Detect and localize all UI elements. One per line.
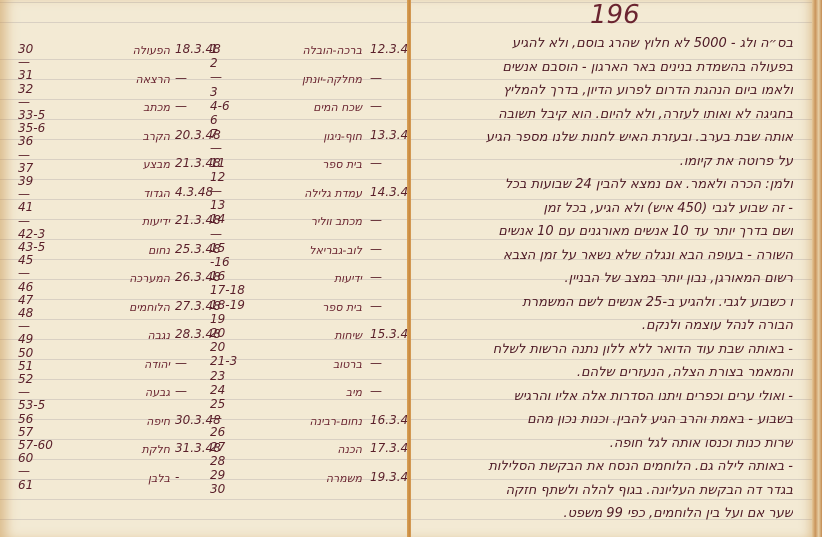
section-date: — [370, 71, 382, 85]
handwritten-line: - ואולי ערים וכפרים ויתנו הסדרות אלה אלי… [415, 389, 793, 404]
entry-number: 24 [210, 383, 225, 397]
index-entry-right: הכנה [337, 443, 362, 456]
entry-date: 21.3.48 [175, 213, 221, 227]
index-number: 52 [18, 372, 33, 386]
index-number: — [18, 464, 30, 478]
page-number: 196 [590, 0, 640, 30]
section-date: — [370, 242, 382, 256]
handwritten-line: אותה שבת בערב. ובעזרת האיש לחנות שלנו מס… [415, 130, 793, 145]
index-entry-right: מיב [346, 386, 362, 399]
handwritten-line: - זה שבוע לגבי (450 איש) ולא הגיע, בכל ז… [415, 201, 793, 216]
section-date: — [370, 99, 382, 113]
entry-number: 23 [210, 369, 225, 383]
index-number: 51 [18, 359, 33, 373]
entry-date: 20.3.48 [175, 128, 221, 142]
handwritten-line: השורה - בעופה הבא ונגלה שלא נשאר על זמן … [415, 248, 793, 263]
index-entry-right: שכח המים [313, 101, 362, 114]
index-entry-right: ברטוב [333, 358, 362, 371]
entry-number: 20 [210, 340, 225, 354]
handwritten-line: - באותה שבת עוד הדואר ללא ללון נתנה הרשו… [415, 342, 793, 357]
handwritten-line: בגדר דה הבקשת העליונה. בגוף להלה ולשתף ח… [415, 483, 793, 498]
index-entry-right: חוף-ניגון [323, 130, 362, 143]
entry-date: — [175, 99, 187, 113]
index-entry-right: מכתב ווליר [311, 215, 362, 228]
index-entry-left: בלבן [148, 472, 170, 485]
index-number: — [18, 187, 30, 201]
index-number: — [18, 148, 30, 162]
entry-number: 17-18 [210, 283, 245, 297]
entry-number: 30 [210, 482, 225, 496]
handwritten-line: והמאמר בצורת הצלה, הנעזרים שלהם. [415, 365, 793, 380]
entry-number: — [210, 70, 222, 84]
entry-number: 12 [210, 170, 225, 184]
section-date: — [370, 299, 382, 313]
section-date: — [370, 356, 382, 370]
entry-number: 21-3 [210, 354, 237, 368]
handwritten-line: - באותה לילה גם. הלוחמים הנסח את הבקשת ה… [415, 459, 793, 474]
left-notebook-page: 30—3132—33-535-636—3739—41—42-343-545—46… [0, 0, 408, 537]
index-entry-right: משמרה [326, 472, 362, 485]
handwritten-line: שער אם ועל בין הלוחמים, כפי 99 משפט. [415, 506, 793, 521]
handwritten-line: ולמן: הכרה ולאמר. אם נמצא להבין 24 שבועו… [415, 177, 793, 192]
entry-number: 26 [210, 425, 225, 439]
index-entry-left: מבצע [143, 158, 170, 171]
index-entry-left: חלקת [142, 443, 170, 456]
index-entry-left: חיפה [146, 415, 170, 428]
index-number: 50 [18, 346, 33, 360]
index-entry-right: עמדת גלילה [304, 187, 362, 200]
handwritten-line: ו כשבוע לגבי. ולהגיע ב-25 אנשים לשם המשמ… [415, 295, 793, 310]
handwritten-line: הבורה לנהל עוצמה ולנקם. [415, 318, 793, 333]
index-entry-left: הרצאה [136, 73, 170, 86]
index-number: — [18, 385, 30, 399]
handwritten-line: שרות כנות וכנסו אותה לגל חופה. [415, 436, 793, 451]
index-number: 57-60 [18, 438, 53, 452]
entry-date: 31.3.48 [175, 441, 221, 455]
entry-number: 19 [210, 312, 225, 326]
index-number: 46 [18, 280, 33, 294]
entry-date: 21.3.48 [175, 156, 221, 170]
handwritten-line: על פרוטה את קיומו. [415, 154, 793, 169]
index-number: 47 [18, 293, 33, 307]
index-number: — [18, 214, 30, 228]
index-number: 43-5 [18, 240, 45, 254]
index-entry-left: הגדוד [143, 187, 170, 200]
index-number: 39 [18, 174, 33, 188]
entry-number: 28 [210, 454, 225, 468]
index-number: 33-5 [18, 108, 45, 122]
index-entry-right: נחום-רבינה [310, 415, 362, 428]
index-entry-left: הקרב [142, 130, 170, 143]
index-number: 60 [18, 451, 33, 465]
handwritten-line: רשום המאורגן, נבון יותר במצב של הבניין. [415, 271, 793, 286]
entry-date: 25.3.48 [175, 242, 221, 256]
entry-number: — [210, 227, 222, 241]
entry-number: 4-6 [210, 99, 230, 113]
index-entry-left: הלוחמים [129, 301, 170, 314]
index-entry-left: המערכה [129, 272, 170, 285]
index-entry-left: נגבה [148, 329, 170, 342]
section-date: — [370, 384, 382, 398]
index-number: 37 [18, 161, 33, 175]
entry-date: 4.3.48 [175, 185, 213, 199]
handwritten-line: ולאמו ביום הנהגת הדרום לפרוע הדיון, בדרך… [415, 83, 793, 98]
right-notebook-page: בס״ה ולג - 5000 לא חלוץ שהרג בוסם, ולא ל… [411, 0, 813, 537]
index-entry-left: נחום [148, 244, 170, 257]
index-number: — [18, 319, 30, 333]
handwritten-line: בפעולה בהשמדת בנינים באר הארגון - הוסבם … [415, 60, 793, 75]
index-number: 49 [18, 332, 33, 346]
index-number: 30 [18, 42, 33, 56]
entry-date: — [175, 356, 187, 370]
handwritten-line: בס״ה ולג - 5000 לא חלוץ שהרג בוסם, ולא ל… [415, 36, 793, 51]
index-entry-left: גבעה [145, 386, 170, 399]
entry-number: 3 [210, 85, 218, 99]
index-entry-left: יהודה [144, 358, 170, 371]
index-number: 45 [18, 253, 33, 267]
entry-date: — [175, 384, 187, 398]
entry-date: 18.3.48 [175, 42, 221, 56]
index-number: 41 [18, 200, 33, 214]
handwritten-line: בשבוע - באמת והרב הגיע להבין. וכנות נכון… [415, 412, 793, 427]
entry-date: 28.3.48 [175, 327, 221, 341]
handwritten-line: ושם בדרך יותר עד 10 אנשים מאורגנים עם 10… [415, 224, 793, 239]
entry-date: 30.3.48 [175, 413, 221, 427]
handwritten-line: בחגיגה לא ואותו לעזרה, ולא להיום. הוא קי… [415, 107, 793, 122]
section-date: — [370, 213, 382, 227]
index-number: 42-3 [18, 227, 45, 241]
index-number: 53-5 [18, 398, 45, 412]
index-number: — [18, 55, 30, 69]
index-entry-right: בית ספר [322, 301, 362, 314]
section-date: — [370, 156, 382, 170]
index-entry-right: שיחות [334, 329, 362, 342]
index-entry-right: בית ספר [322, 158, 362, 171]
page-edges [812, 0, 822, 537]
index-number: — [18, 95, 30, 109]
index-number: 57 [18, 425, 33, 439]
entry-date: - [175, 470, 179, 484]
entry-number: 25 [210, 397, 225, 411]
index-number: — [18, 266, 30, 280]
index-entry-right: ידיעות [334, 272, 362, 285]
entry-number: 13 [210, 198, 225, 212]
entry-number: 2 [210, 56, 218, 70]
index-entry-right: ברכה-הובלה [302, 44, 362, 57]
index-number: 61 [18, 478, 33, 492]
index-number: 32 [18, 82, 33, 96]
index-number: 56 [18, 412, 33, 426]
entry-date: 27.3.48 [175, 299, 221, 313]
index-number: 35-6 [18, 121, 45, 135]
entry-date: — [175, 71, 187, 85]
index-entry-right: לוב-גבריאל [309, 244, 362, 257]
index-entry-left: מכתב [143, 101, 170, 114]
index-entry-left: הפעולה [133, 44, 170, 57]
entry-number: 6 [210, 113, 218, 127]
entry-number: -16 [210, 255, 230, 269]
section-date: — [370, 270, 382, 284]
index-entry-left: ידיעות [142, 215, 170, 228]
entry-number: 29 [210, 468, 225, 482]
index-number: 31 [18, 68, 33, 82]
entry-number: — [210, 141, 222, 155]
entry-date: 26.3.48 [175, 270, 221, 284]
index-number: 36 [18, 134, 33, 148]
index-entry-right: מחלקה-יונתן [302, 73, 362, 86]
index-number: 48 [18, 306, 33, 320]
